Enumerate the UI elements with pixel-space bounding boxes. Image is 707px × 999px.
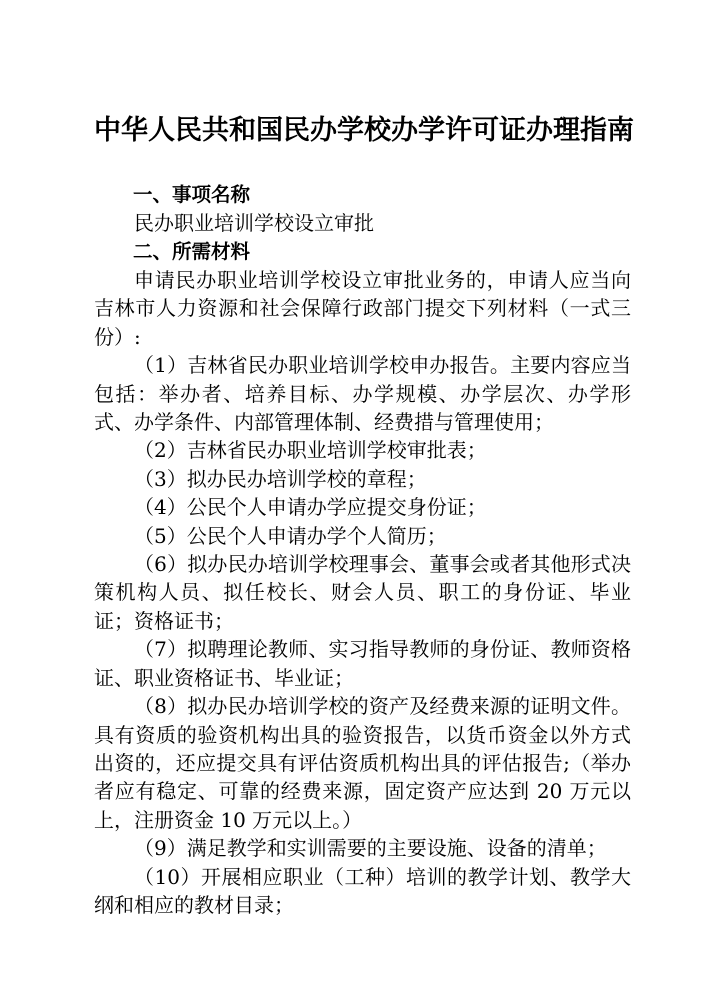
paragraph-material-9: （9）满足教学和实训需要的主要设施、设备的清单； xyxy=(94,834,631,862)
section-heading-materials: 二、所需材料 xyxy=(94,238,631,266)
paragraph-intro: 申请民办职业培训学校设立审批业务的，申请人应当向吉林市人力资源和社会保障行政部门… xyxy=(94,266,631,351)
paragraph-material-6: （6）拟办民办培训学校理事会、董事会或者其他形式决策机构人员、拟任校长、财会人员… xyxy=(94,550,631,635)
document-page: 中华人民共和国民办学校办学许可证办理指南 一、事项名称 民办职业培训学校设立审批… xyxy=(0,0,707,999)
paragraph-material-1: （1）吉林省民办职业培训学校申办报告。主要内容应当包括：举办者、培养目标、办学规… xyxy=(94,351,631,436)
paragraph-material-4: （4）公民个人申请办学应提交身份证； xyxy=(94,493,631,521)
paragraph-material-5: （5）公民个人申请办学个人简历； xyxy=(94,522,631,550)
paragraph-material-7: （7）拟聘理论教师、实习指导教师的身份证、教师资格证、职业资格证书、毕业证； xyxy=(94,635,631,692)
paragraph-material-2: （2）吉林省民办职业培训学校审批表； xyxy=(94,436,631,464)
paragraph-item-name: 民办职业培训学校设立审批 xyxy=(94,209,631,237)
paragraph-material-3: （3）拟办民办培训学校的章程； xyxy=(94,465,631,493)
paragraph-material-8: （8）拟办民办培训学校的资产及经费来源的证明文件。具有资质的验资机构出具的验资报… xyxy=(94,692,631,834)
document-title: 中华人民共和国民办学校办学许可证办理指南 xyxy=(94,112,631,150)
section-heading-item-name: 一、事项名称 xyxy=(94,181,631,209)
document-content: 中华人民共和国民办学校办学许可证办理指南 一、事项名称 民办职业培训学校设立审批… xyxy=(94,112,631,919)
paragraph-material-10: （10）开展相应职业（工种）培训的教学计划、教学大纲和相应的教材目录； xyxy=(94,863,631,920)
